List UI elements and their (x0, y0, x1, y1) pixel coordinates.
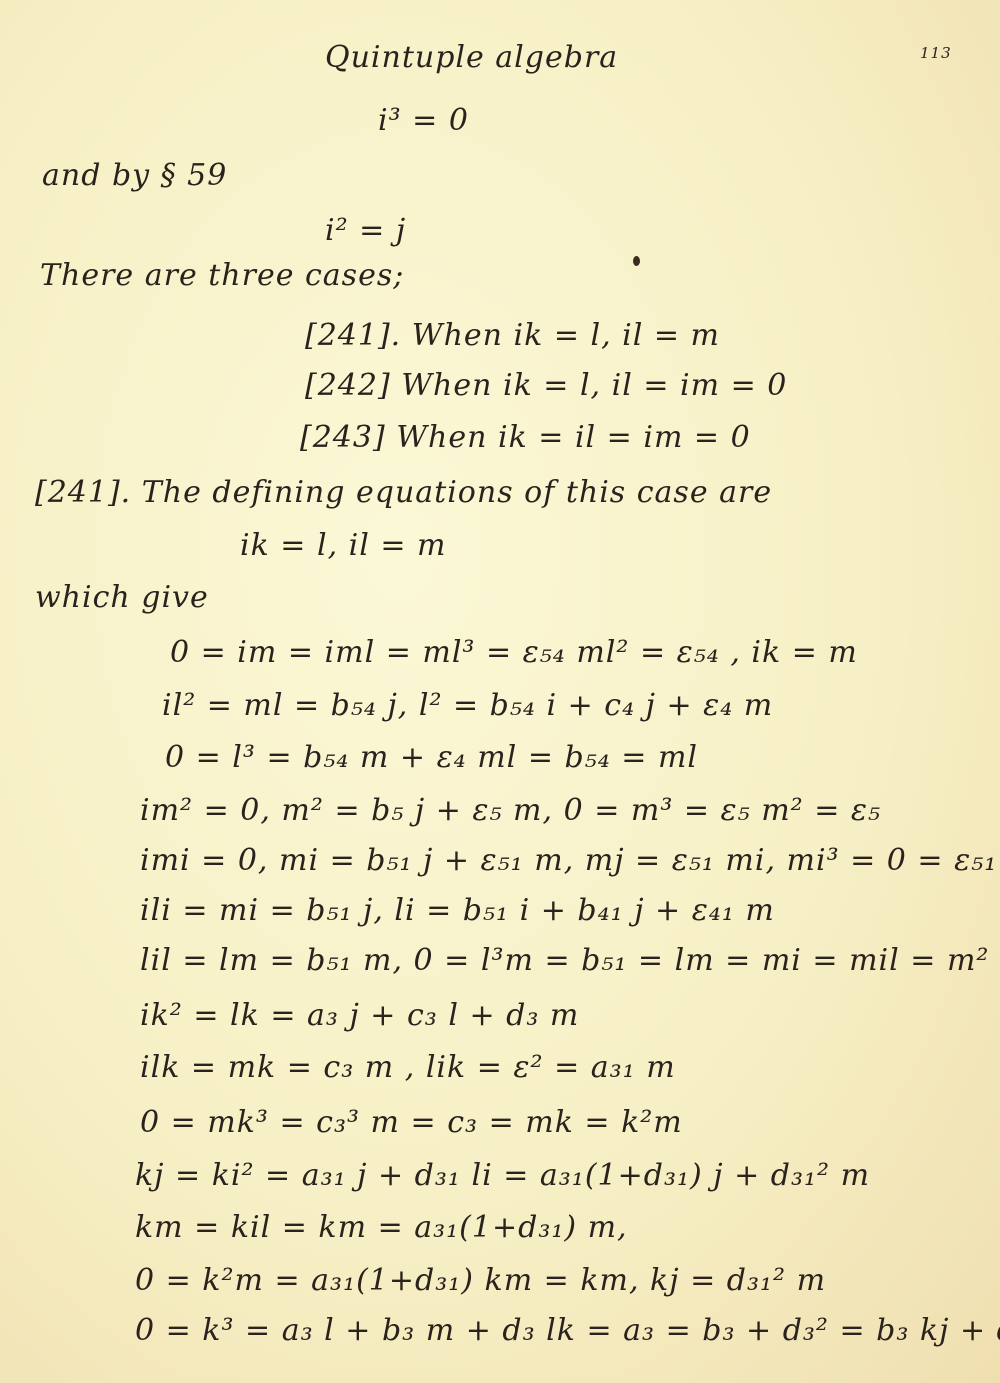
text-line: and by § 59 (42, 158, 227, 193)
text-line: There are three cases; (40, 258, 404, 293)
equation-line: imi = 0, mi = b₅₁ j + ε₅₁ m, mj = ε₅₁ mi… (140, 843, 997, 878)
text-line: i² = j (325, 213, 406, 248)
equation-line: 0 = k³ = a₃ l + b₃ m + d₃ lk = a₃ = b₃ +… (135, 1313, 1000, 1348)
section-heading: [241]. The defining equations of this ca… (35, 475, 772, 510)
equation-line: 0 = l³ = b₅₄ m + ε₄ ml = b₅₄ = ml (165, 740, 698, 775)
equation-line: il² = ml = b₅₄ j, l² = b₅₄ i + c₄ j + ε₄… (162, 688, 773, 723)
equation-line: 0 = k²m = a₃₁(1+d₃₁) km = km, kj = d₃₁² … (135, 1263, 826, 1298)
page-number: 113 (920, 44, 952, 62)
equation-line: lil = lm = b₅₁ m, 0 = l³m = b₅₁ = lm = m… (140, 943, 1000, 978)
equation-line: 0 = im = iml = ml³ = ε₅₄ ml² = ε₅₄ , ik … (170, 635, 858, 670)
case-line: [243] When ik = il = im = 0 (300, 420, 751, 455)
equation-line: ilk = mk = c₃ m , lik = ε² = a₃₁ m (140, 1050, 676, 1085)
text-line: which give (35, 580, 209, 615)
text-line: i³ = 0 (378, 103, 469, 138)
equation-line: kj = ki² = a₃₁ j + d₃₁ li = a₃₁(1+d₃₁) j… (135, 1158, 870, 1193)
manuscript-page: Quintuple algebra 113 i³ = 0 and by § 59… (0, 0, 1000, 1383)
equation-line: im² = 0, m² = b₅ j + ε₅ m, 0 = m³ = ε₅ m… (140, 793, 881, 828)
text-line: ik = l, il = m (240, 528, 447, 563)
equation-line: ili = mi = b₅₁ j, li = b₅₁ i + b₄₁ j + ε… (140, 893, 775, 928)
equation-line: 0 = mk³ = c₃³ m = c₃ = mk = k²m (140, 1105, 683, 1140)
equation-line: km = kil = km = a₃₁(1+d₃₁) m, (135, 1210, 628, 1245)
case-line: [241]. When ik = l, il = m (305, 318, 720, 353)
ink-blot (633, 256, 640, 266)
equation-line: ik² = lk = a₃ j + c₃ l + d₃ m (140, 998, 579, 1033)
page-title: Quintuple algebra (325, 40, 618, 75)
case-line: [242] When ik = l, il = im = 0 (305, 368, 787, 403)
